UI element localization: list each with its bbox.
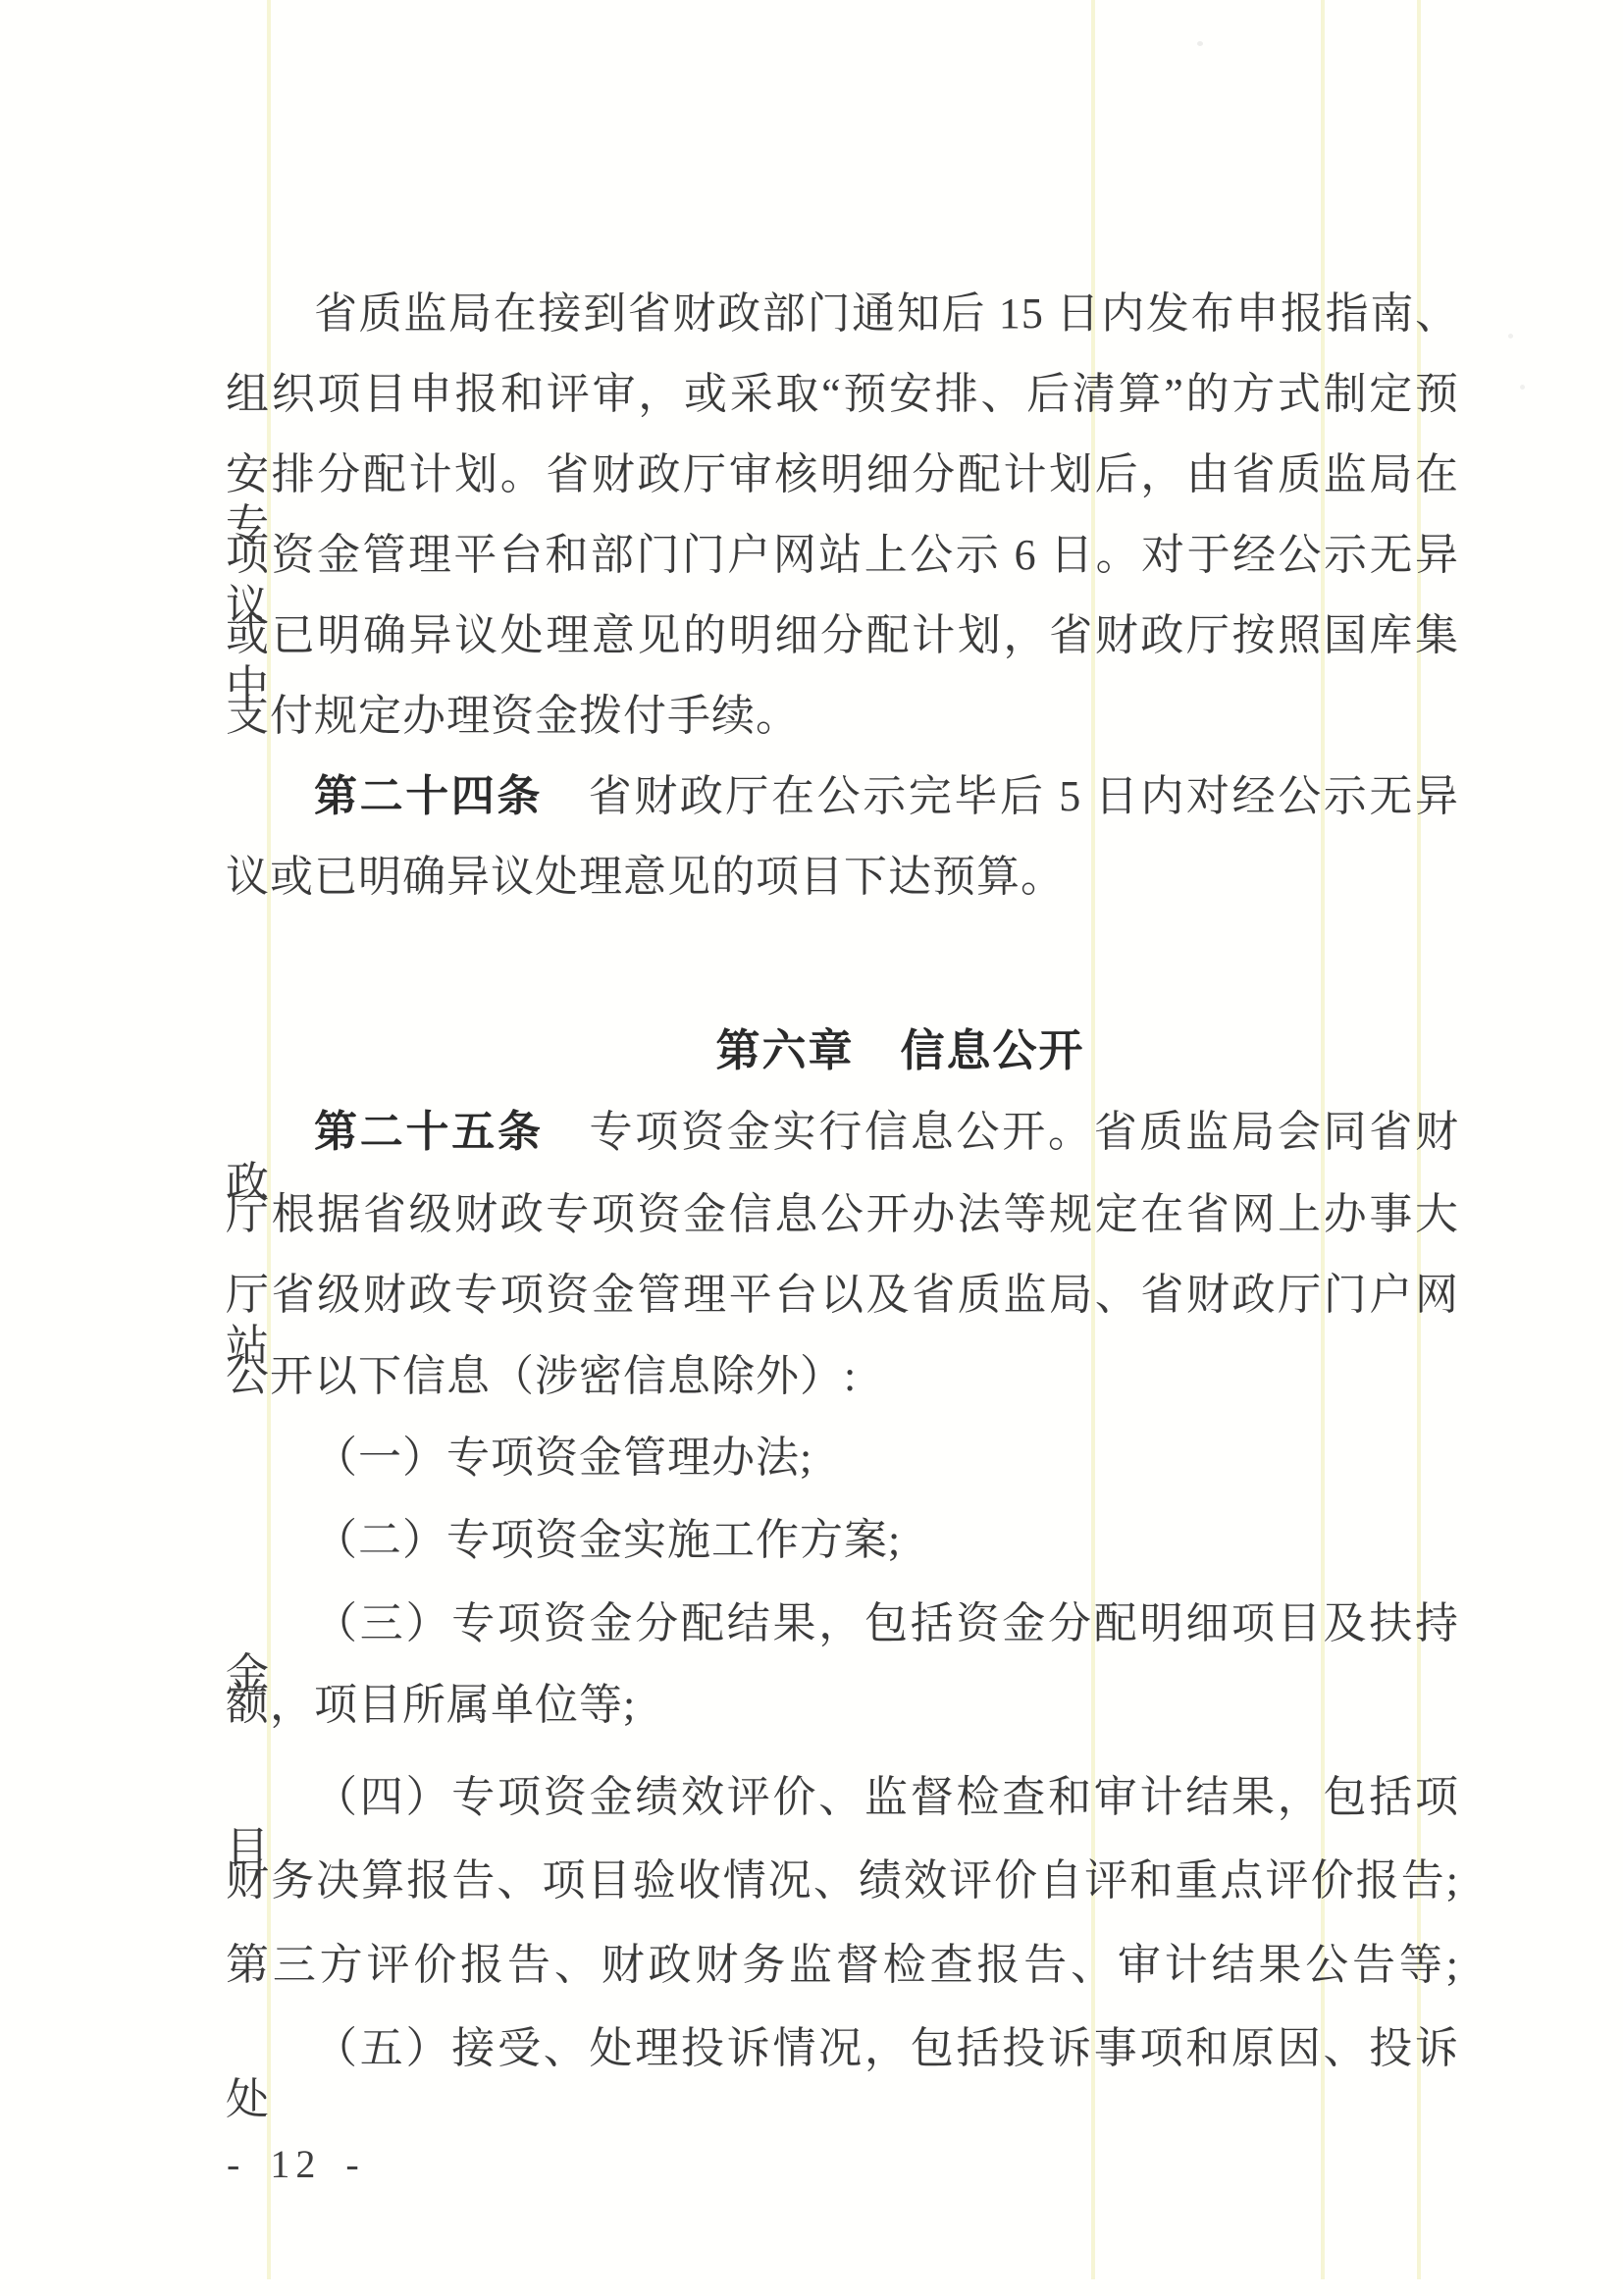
- scan-speck: [1520, 385, 1525, 390]
- paragraph-line: 厅根据省级财政专项资金信息公开办法等规定在省网上办事大: [226, 1189, 1459, 1240]
- scan-speck: [1197, 41, 1203, 46]
- paragraph-line: 支付规定办理资金拨付手续。: [226, 691, 1459, 742]
- paragraph-line: 第二十四条 省财政厅在公示完毕后 5 日内对经公示无异: [226, 771, 1459, 822]
- list-item-line: 财务决算报告、项目验收情况、绩效评价自评和重点评价报告;: [226, 1855, 1459, 1906]
- list-item-line: （二）专项资金实施工作方案;: [226, 1515, 1459, 1566]
- list-item-line: 第三方评价报告、财政财务监督检查报告、审计结果公告等;: [226, 1940, 1459, 1991]
- scanned-document-page: 省质监局在接到省财政部门通知后 15 日内发布申报指南、 组织项目申报和评审，或…: [0, 0, 1623, 2296]
- paragraph-line: 省质监局在接到省财政部门通知后 15 日内发布申报指南、: [226, 288, 1459, 339]
- scan-speck: [1508, 334, 1513, 339]
- paragraph-line: 公开以下信息（涉密信息除外）:: [226, 1351, 1459, 1402]
- list-item-line: （一）专项资金管理办法;: [226, 1433, 1459, 1484]
- list-item-line: 额，项目所属单位等;: [226, 1680, 1459, 1731]
- page-number: - 12 -: [227, 2141, 365, 2187]
- list-item-line: （五）接受、处理投诉情况，包括投诉事项和原因、投诉处: [226, 2023, 1459, 2125]
- article-24-text: 省财政厅在公示完毕后 5 日内对经公示无异: [543, 772, 1459, 820]
- paragraph-line: 议或已明确异议处理意见的项目下达预算。: [226, 852, 1459, 903]
- chapter-heading: 第六章 信息公开: [226, 1024, 1459, 1077]
- paragraph-line: 组织项目申报和评审，或采取“预安排、后清算”的方式制定预: [226, 369, 1459, 420]
- article-25-label: 第二十五条: [314, 1108, 544, 1156]
- article-24-label: 第二十四条: [314, 772, 543, 820]
